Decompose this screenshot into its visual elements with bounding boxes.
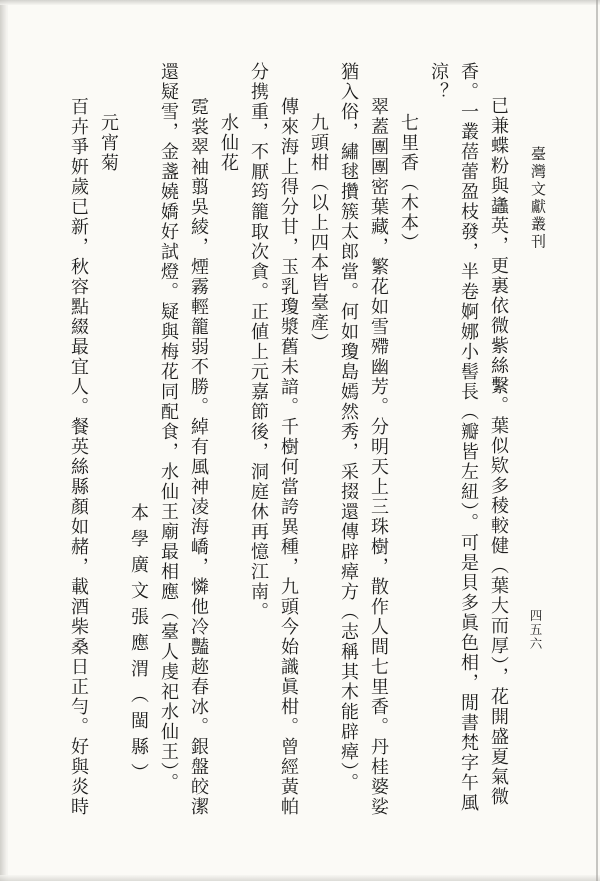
author-attribution: 本學廣文張應渭（閩縣） [123, 0, 153, 881]
poem-column: 還疑雪，金盞嬈嬌好試燈。疑與梅花同配食，水仙王廟最相應（臺人虔祀水仙王）。 [153, 0, 183, 881]
section-title: 元宵菊 [93, 0, 123, 881]
scanned-book-page: 臺灣文獻叢刊 四五六 已兼蝶粉與蠭英，更裏依微紫絲繫。葉似欵多稜較健（葉大而厚）… [0, 0, 600, 881]
poem-column: 涼？ [423, 0, 453, 881]
section-title: 九頭柑（以上四本皆臺產） [303, 0, 333, 881]
poem-column: 分携重，不厭筠籠取次貪。正値上元嘉節後，洞庭休再憶江南。 [243, 0, 273, 881]
section-title: 七里香（木本） [393, 0, 423, 881]
poem-column: 香。一叢蓓蕾盈枝發，半卷婀娜小髻長（瓣皆左紐）。可是貝多眞色相，閒書梵字午風 [453, 0, 483, 881]
poem-column: 百卉爭姸歲已新，秋容點綴最宜人。餐英絲縣顏如赭，載酒柴桑日正勻。好與炎時 [63, 0, 93, 881]
poem-column: 已兼蝶粉與蠭英，更裏依微紫絲繫。葉似欵多稜較健（葉大而厚），花開盛夏氣微 [483, 0, 513, 881]
page-number: 四五六 [526, 609, 544, 651]
poem-column: 傳來海上得分甘，玉乳瓊漿舊未諳。千樹何當誇異種，九頭今始識眞柑。曾經黃帕 [273, 0, 303, 881]
scan-edge-left [0, 0, 8, 881]
running-title: 臺灣文獻叢刊 [527, 146, 549, 251]
scan-edge-right-line [596, 0, 598, 881]
poem-column: 翠蓋團團密葉藏，繁花如雪殢幽芳。分明天上三珠樹，散作人間七里香。丹桂婆娑 [363, 0, 393, 881]
poem-column: 猶入俗，繡毬攢簇太郎當。何如瓊島嫣然秀，采掇還傳辟瘴方（志稱其木能辟瘴）。 [333, 0, 363, 881]
poem-column: 霓裳翠袖翦吳綾，煙霧輕籠弱不勝。綽有風神凌海嶠，憐他冷豔趂春冰。銀盤皎潔 [183, 0, 213, 881]
vertical-text-block: 已兼蝶粉與蠭英，更裏依微紫絲繫。葉似欵多稜較健（葉大而厚），花開盛夏氣微 香。一… [63, 0, 513, 881]
section-title: 水仙花 [213, 0, 243, 881]
